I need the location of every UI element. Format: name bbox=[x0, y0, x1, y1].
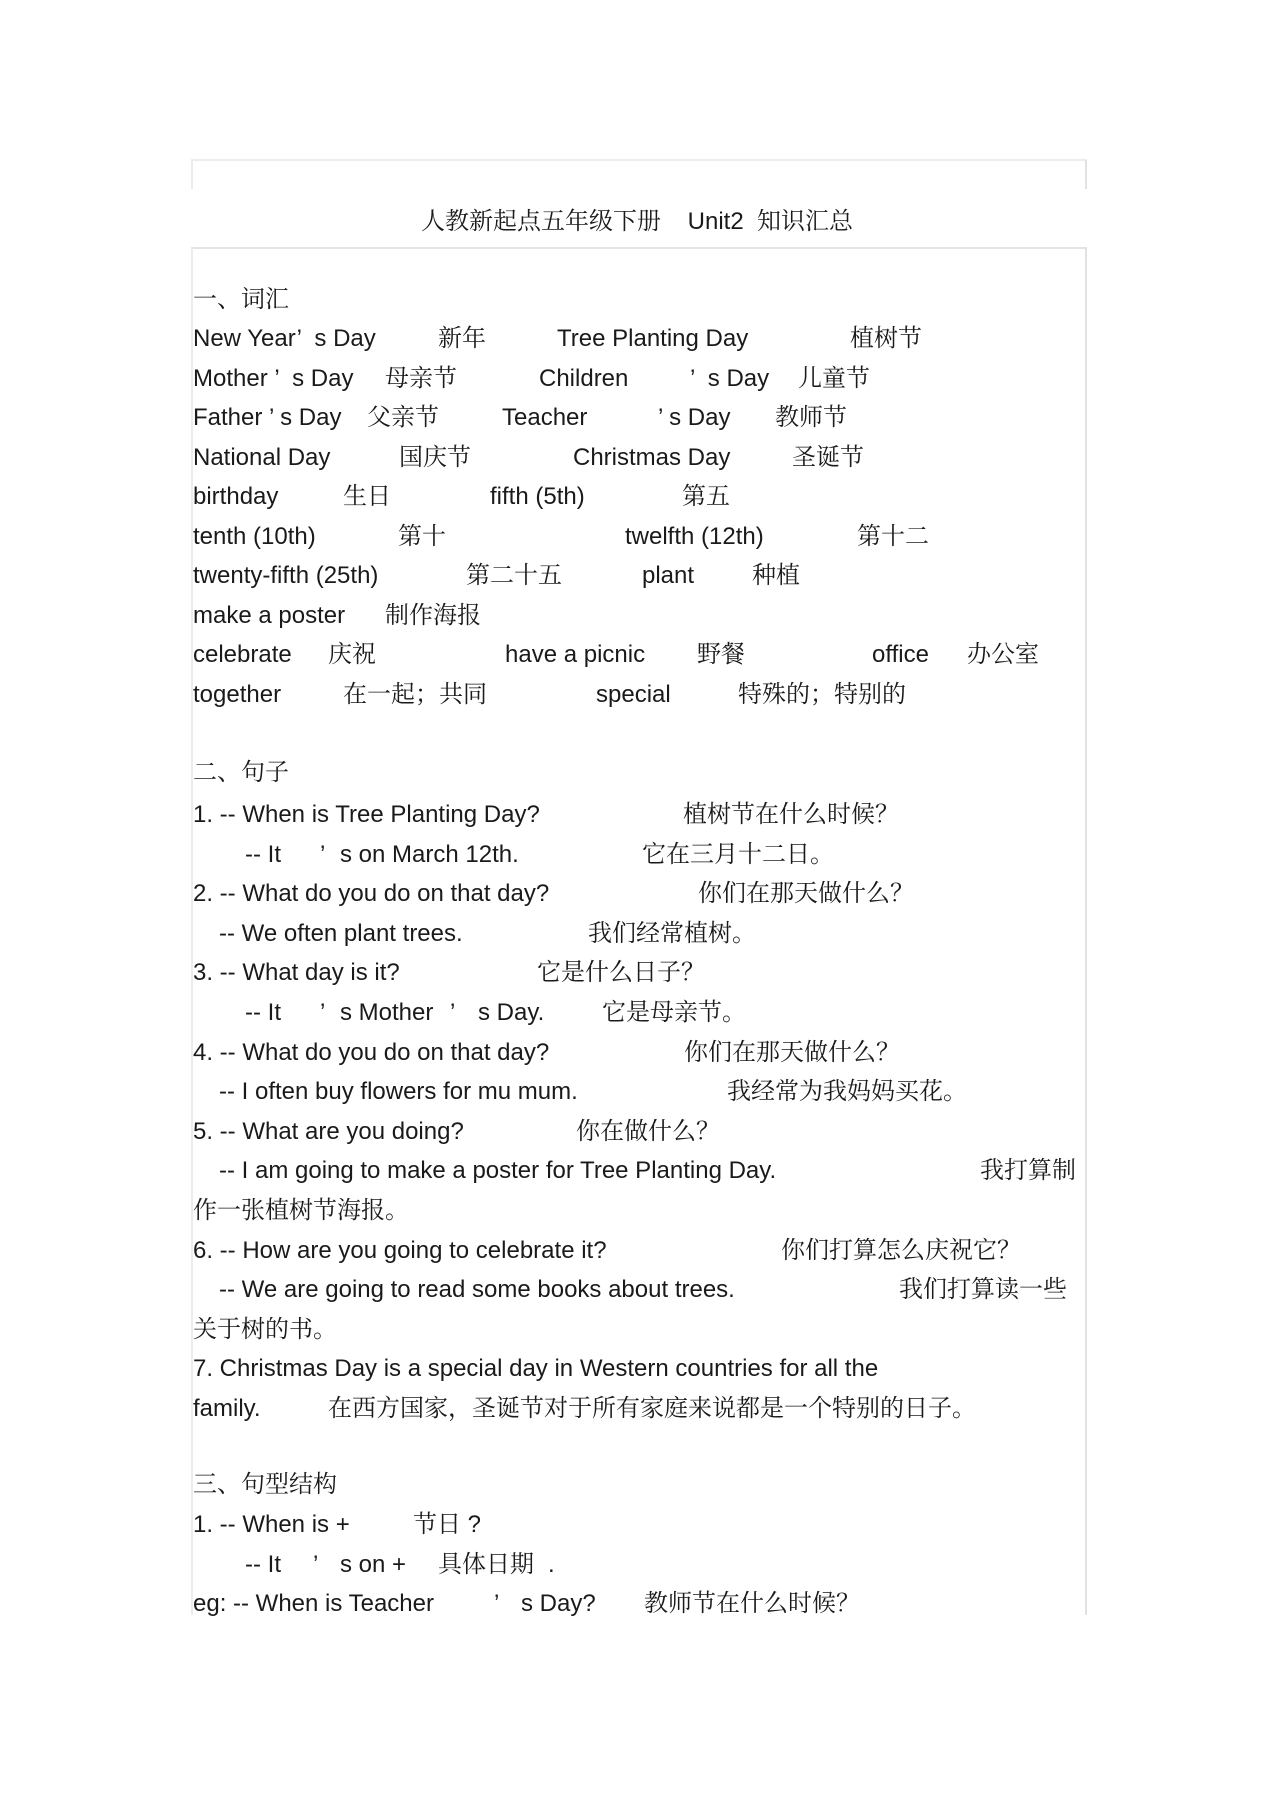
text-segment: together bbox=[193, 681, 281, 709]
text-segment: 我经常为我妈妈买花。 bbox=[727, 1078, 967, 1106]
text-segment: 你在做什么？ bbox=[576, 1118, 720, 1146]
text-segment: 教师节在什么时候？ bbox=[644, 1590, 860, 1618]
text-segment: 办公室 bbox=[967, 641, 1039, 669]
text-segment: 作一张植树节海报。 bbox=[193, 1197, 409, 1225]
text-segment: Mother ’ s Day bbox=[193, 365, 354, 393]
text-segment: 植树节 bbox=[850, 325, 922, 353]
text-segment: ’ s Day bbox=[690, 365, 769, 393]
text-segment: 庆祝 bbox=[328, 641, 376, 669]
text-segment: ’ bbox=[313, 1551, 318, 1579]
text-segment: 它是什么日子？ bbox=[537, 959, 705, 987]
text-segment: fifth (5th) bbox=[490, 483, 585, 511]
text-segment: s on March 12th. bbox=[340, 841, 519, 869]
text-segment: 野餐 bbox=[697, 641, 745, 669]
text-segment: s Day. bbox=[478, 999, 544, 1027]
text-segment: -- I often buy flowers for mu mum. bbox=[219, 1078, 578, 1106]
text-segment: 种植 bbox=[752, 562, 800, 590]
text-segment: s Day? bbox=[521, 1590, 596, 1618]
text-segment: 特殊的；特别的 bbox=[738, 681, 906, 709]
text-segment: ’ bbox=[320, 841, 325, 869]
text-segment: 生日 bbox=[343, 483, 391, 511]
text-segment: 制作海报 bbox=[385, 602, 481, 630]
text-segment: family. bbox=[193, 1395, 261, 1423]
text-segment: ’ bbox=[494, 1590, 499, 1618]
section-heading-sentences: 二、句子 bbox=[193, 759, 289, 787]
text-segment: ’ s Day bbox=[658, 404, 730, 432]
text-segment: 我们打算读一些 bbox=[899, 1276, 1067, 1304]
page-header-frame bbox=[191, 159, 1087, 189]
text-segment: 我打算制 bbox=[980, 1157, 1076, 1185]
text-segment: 第十 bbox=[398, 523, 446, 551]
text-segment: -- We often plant trees. bbox=[219, 920, 463, 948]
text-segment: 新年 bbox=[438, 325, 486, 353]
text-segment: -- We are going to read some books about… bbox=[219, 1276, 735, 1304]
text-segment: 4. -- What do you do on that day? bbox=[193, 1039, 549, 1067]
text-segment: -- It bbox=[245, 841, 281, 869]
text-segment: 3. -- What day is it? bbox=[193, 959, 400, 987]
document-title: 人教新起点五年级下册 Unit2 知识汇总 bbox=[0, 206, 1274, 238]
text-segment: 你们打算怎么庆祝它？ bbox=[781, 1237, 1021, 1265]
text-segment: 第五 bbox=[682, 483, 730, 511]
text-segment: 具体日期 bbox=[438, 1551, 534, 1579]
text-segment: Father ’ s Day bbox=[193, 404, 342, 432]
text-segment: Christmas Day bbox=[573, 444, 730, 472]
text-segment: ’ bbox=[450, 999, 455, 1027]
text-segment: eg: -- When is Teacher bbox=[193, 1590, 434, 1618]
text-segment: special bbox=[596, 681, 671, 709]
text-segment: 1. -- When is + bbox=[193, 1511, 350, 1539]
text-segment: make a poster bbox=[193, 602, 345, 630]
text-segment: -- I am going to make a poster for Tree … bbox=[219, 1157, 776, 1185]
text-segment: Tree Planting Day bbox=[557, 325, 748, 353]
text-segment: -- It bbox=[245, 1551, 281, 1579]
text-segment: twelfth (12th) bbox=[625, 523, 764, 551]
text-segment: 它在三月十二日。 bbox=[642, 841, 834, 869]
text-segment: 圣诞节 bbox=[792, 444, 864, 472]
text-segment: s Mother bbox=[340, 999, 433, 1027]
text-segment: 我们经常植树。 bbox=[588, 920, 756, 948]
text-segment: 植树节在什么时候？ bbox=[683, 801, 899, 829]
section-heading-patterns: 三、句型结构 bbox=[193, 1471, 337, 1499]
text-segment: 关于树的书。 bbox=[193, 1316, 337, 1344]
text-segment: 7. Christmas Day is a special day in Wes… bbox=[193, 1355, 878, 1383]
text-segment: celebrate bbox=[193, 641, 292, 669]
text-segment: National Day bbox=[193, 444, 330, 472]
text-segment: 5. -- What are you doing? bbox=[193, 1118, 464, 1146]
text-segment: 它是母亲节。 bbox=[602, 999, 746, 1027]
text-segment: plant bbox=[642, 562, 694, 590]
text-segment: 教师节 bbox=[775, 404, 847, 432]
text-segment: 国庆节 bbox=[399, 444, 471, 472]
text-segment: 儿童节 bbox=[798, 365, 870, 393]
text-segment: . bbox=[548, 1551, 555, 1579]
text-segment: ’ bbox=[320, 999, 325, 1027]
text-segment: 在一起；共同 bbox=[343, 681, 487, 709]
text-segment: office bbox=[872, 641, 929, 669]
text-segment: Teacher bbox=[502, 404, 587, 432]
text-segment: New Year’ s Day bbox=[193, 325, 376, 353]
text-segment: have a picnic bbox=[505, 641, 645, 669]
text-segment: s on + bbox=[340, 1551, 406, 1579]
text-segment: 你们在那天做什么？ bbox=[684, 1039, 900, 1067]
text-segment: 第二十五 bbox=[466, 562, 562, 590]
text-segment: 第十二 bbox=[857, 523, 929, 551]
text-segment: Children bbox=[539, 365, 628, 393]
section-heading-vocab: 一、词汇 bbox=[193, 286, 289, 314]
text-segment: -- It bbox=[245, 999, 281, 1027]
text-segment: 在西方国家，圣诞节对于所有家庭来说都是一个特别的日子。 bbox=[328, 1395, 976, 1423]
text-segment: 父亲节 bbox=[367, 404, 439, 432]
text-segment: 母亲节 bbox=[385, 365, 457, 393]
text-segment: tenth (10th) bbox=[193, 523, 316, 551]
text-segment: 1. -- When is Tree Planting Day? bbox=[193, 801, 540, 829]
text-segment: 你们在那天做什么？ bbox=[698, 880, 914, 908]
text-segment: 节日 ? bbox=[413, 1511, 481, 1539]
text-segment: twenty-fifth (25th) bbox=[193, 562, 378, 590]
text-segment: birthday bbox=[193, 483, 278, 511]
text-segment: 2. -- What do you do on that day? bbox=[193, 880, 549, 908]
text-segment: 6. -- How are you going to celebrate it? bbox=[193, 1237, 607, 1265]
